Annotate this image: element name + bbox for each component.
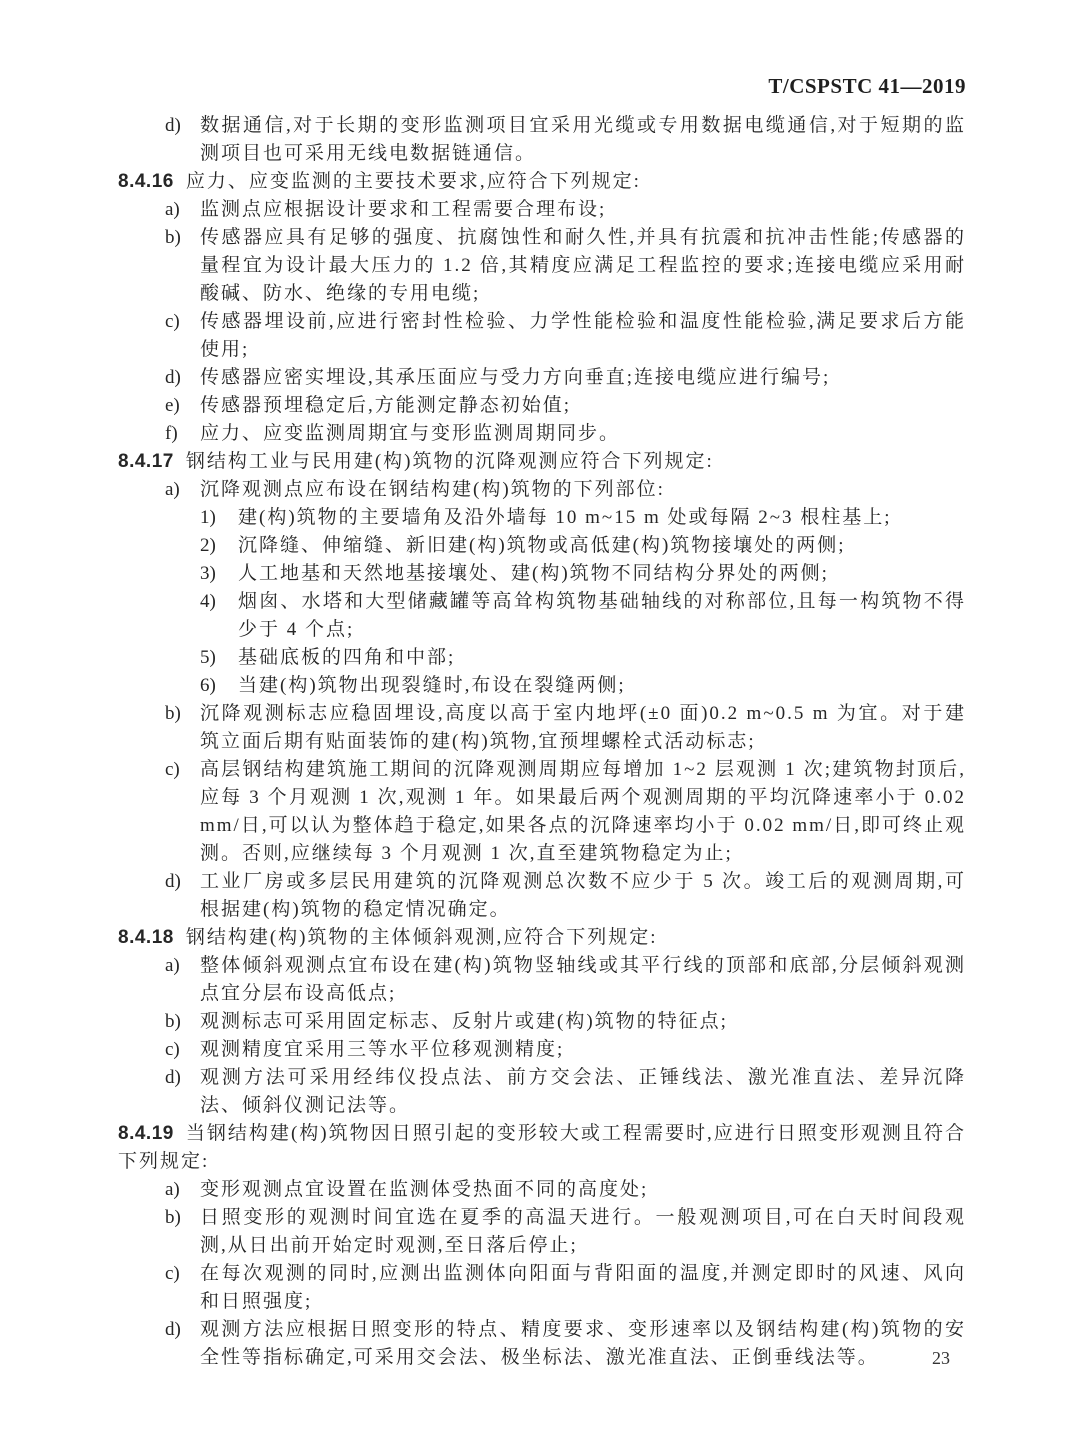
doc-header: T/CSPSTC 41—2019 — [118, 74, 966, 99]
item-text: 数据通信,对于长期的变形监测项目宜采用光缆或专用数据电缆通信,对于短期的监测项目… — [200, 112, 966, 168]
doc-footer: 23 — [118, 1348, 950, 1369]
item-label: b) — [165, 1008, 200, 1036]
numbered-sub-item: 2)沉降缝、伸缩缝、新旧建(构)筑物或高低建(构)筑物接壤处的两侧; — [118, 532, 966, 560]
clause-list-item: d)传感器应密实埋设,其承压面应与受力方向垂直;连接电缆应进行编号; — [118, 364, 966, 392]
item-label: c) — [165, 308, 200, 364]
item-text: 高层钢结构建筑施工期间的沉降观测周期应每增加 1~2 层观测 1 次;建筑物封顶… — [200, 756, 966, 868]
numbered-sub-item: 3)人工地基和天然地基接壤处、建(构)筑物不同结构分界处的两侧; — [118, 560, 966, 588]
clause-list-item: a)整体倾斜观测点宜布设在建(构)筑物竖轴线或其平行线的顶部和底部,分层倾斜观测… — [118, 952, 966, 1008]
item-text: 变形观测点宜设置在监测体受热面不同的高度处; — [200, 1176, 966, 1204]
numbered-sub-item: 6)当建(构)筑物出现裂缝时,布设在裂缝两侧; — [118, 672, 966, 700]
item-text: 钢结构建(构)筑物的主体倾斜观测,应符合下列规定: — [186, 927, 658, 948]
clause-list-item: f)应力、应变监测周期宜与变形监测周期同步。 — [118, 420, 966, 448]
item-label: 8.4.16 — [118, 171, 174, 192]
item-label: d) — [165, 868, 200, 924]
item-text: 当建(构)筑物出现裂缝时,布设在裂缝两侧; — [238, 672, 966, 700]
item-text: 整体倾斜观测点宜布设在建(构)筑物竖轴线或其平行线的顶部和底部,分层倾斜观测点宜… — [200, 952, 966, 1008]
clause-list-item: b)日照变形的观测时间宜选在夏季的高温天进行。一般观测项目,可在白天时间段观测,… — [118, 1204, 966, 1260]
item-text: 应力、应变监测的主要技术要求,应符合下列规定: — [186, 171, 641, 192]
clause-heading: 8.4.19当钢结构建(构)筑物因日照引起的变形较大或工程需要时,应进行日照变形… — [118, 1120, 966, 1176]
page-number: 23 — [932, 1348, 950, 1368]
item-label: 6) — [200, 672, 238, 700]
item-label: d) — [165, 1064, 200, 1120]
item-label: 8.4.18 — [118, 927, 174, 948]
clause-list-item: d)数据通信,对于长期的变形监测项目宜采用光缆或专用数据电缆通信,对于短期的监测… — [118, 112, 966, 168]
clause-list-item: d)工业厂房或多层民用建筑的沉降观测总次数不应少于 5 次。竣工后的观测周期,可… — [118, 868, 966, 924]
item-text: 沉降观测标志应稳固埋设,高度以高于室内地坪(±0 面)0.2 m~0.5 m 为… — [200, 700, 966, 756]
clause-list-item: d)观测方法可采用经纬仪投点法、前方交会法、正锤线法、激光准直法、差异沉降法、倾… — [118, 1064, 966, 1120]
item-text: 烟囱、水塔和大型储藏罐等高耸构筑物基础轴线的对称部位,且每一构筑物不得少于 4 … — [238, 588, 966, 644]
item-label: a) — [165, 952, 200, 1008]
item-text: 钢结构工业与民用建(构)筑物的沉降观测应符合下列规定: — [186, 451, 714, 472]
clause-list-item: c)观测精度宜采用三等水平位移观测精度; — [118, 1036, 966, 1064]
clause-heading: 8.4.18钢结构建(构)筑物的主体倾斜观测,应符合下列规定: — [118, 924, 966, 952]
item-label: 4) — [200, 588, 238, 644]
clause-list-item: b)观测标志可采用固定标志、反射片或建(构)筑物的特征点; — [118, 1008, 966, 1036]
item-text: 建(构)筑物的主要墙角及沿外墙每 10 m~15 m 处或每隔 2~3 根柱基上… — [238, 504, 966, 532]
item-text: 工业厂房或多层民用建筑的沉降观测总次数不应少于 5 次。竣工后的观测周期,可根据… — [200, 868, 966, 924]
clause-list-item: b)传感器应具有足够的强度、抗腐蚀性和耐久性,并具有抗震和抗冲击性能;传感器的量… — [118, 224, 966, 308]
clause-list-item: b)沉降观测标志应稳固埋设,高度以高于室内地坪(±0 面)0.2 m~0.5 m… — [118, 700, 966, 756]
item-text: 应力、应变监测周期宜与变形监测周期同步。 — [200, 420, 966, 448]
clause-list-item: a)沉降观测点应布设在钢结构建(构)筑物的下列部位: — [118, 476, 966, 504]
item-text: 沉降缝、伸缩缝、新旧建(构)筑物或高低建(构)筑物接壤处的两侧; — [238, 532, 966, 560]
item-text: 传感器埋设前,应进行密封性检验、力学性能检验和温度性能检验,满足要求后方能使用; — [200, 308, 966, 364]
clause-list-item: e)传感器预埋稳定后,方能测定静态初始值; — [118, 392, 966, 420]
numbered-sub-item: 1)建(构)筑物的主要墙角及沿外墙每 10 m~15 m 处或每隔 2~3 根柱… — [118, 504, 966, 532]
item-text: 观测精度宜采用三等水平位移观测精度; — [200, 1036, 966, 1064]
standard-number: T/CSPSTC 41—2019 — [768, 74, 966, 98]
item-label: c) — [165, 1036, 200, 1064]
clause-heading: 8.4.17钢结构工业与民用建(构)筑物的沉降观测应符合下列规定: — [118, 448, 966, 476]
clause-heading: 8.4.16应力、应变监测的主要技术要求,应符合下列规定: — [118, 168, 966, 196]
item-label: a) — [165, 476, 200, 504]
item-text: 传感器预埋稳定后,方能测定静态初始值; — [200, 392, 966, 420]
doc-body: d)数据通信,对于长期的变形监测项目宜采用光缆或专用数据电缆通信,对于短期的监测… — [118, 112, 966, 1372]
item-label: e) — [165, 392, 200, 420]
item-label: f) — [165, 420, 200, 448]
numbered-sub-item: 4)烟囱、水塔和大型储藏罐等高耸构筑物基础轴线的对称部位,且每一构筑物不得少于 … — [118, 588, 966, 644]
clause-list-item: a)监测点应根据设计要求和工程需要合理布设; — [118, 196, 966, 224]
item-label: c) — [165, 1260, 200, 1316]
item-text: 观测方法可采用经纬仪投点法、前方交会法、正锤线法、激光准直法、差异沉降法、倾斜仪… — [200, 1064, 966, 1120]
item-text: 沉降观测点应布设在钢结构建(构)筑物的下列部位: — [200, 476, 966, 504]
item-label: b) — [165, 700, 200, 756]
document-page: T/CSPSTC 41—2019 d)数据通信,对于长期的变形监测项目宜采用光缆… — [0, 0, 1080, 1440]
item-label: a) — [165, 196, 200, 224]
clause-list-item: c)在每次观测的同时,应测出监测体向阳面与背阳面的温度,并测定即时的风速、风向和… — [118, 1260, 966, 1316]
item-text: 传感器应密实埋设,其承压面应与受力方向垂直;连接电缆应进行编号; — [200, 364, 966, 392]
item-label: a) — [165, 1176, 200, 1204]
item-text: 观测标志可采用固定标志、反射片或建(构)筑物的特征点; — [200, 1008, 966, 1036]
item-label: d) — [165, 364, 200, 392]
clause-list-item: a)变形观测点宜设置在监测体受热面不同的高度处; — [118, 1176, 966, 1204]
clause-list-item: c)传感器埋设前,应进行密封性检验、力学性能检验和温度性能检验,满足要求后方能使… — [118, 308, 966, 364]
item-text: 日照变形的观测时间宜选在夏季的高温天进行。一般观测项目,可在白天时间段观测,从日… — [200, 1204, 966, 1260]
clause-list-item: c)高层钢结构建筑施工期间的沉降观测周期应每增加 1~2 层观测 1 次;建筑物… — [118, 756, 966, 868]
item-label: 1) — [200, 504, 238, 532]
item-label: 8.4.19 — [118, 1123, 174, 1144]
item-text: 当钢结构建(构)筑物因日照引起的变形较大或工程需要时,应进行日照变形观测且符合下… — [118, 1123, 966, 1172]
item-text: 监测点应根据设计要求和工程需要合理布设; — [200, 196, 966, 224]
item-label: 3) — [200, 560, 238, 588]
item-label: b) — [165, 224, 200, 308]
item-text: 基础底板的四角和中部; — [238, 644, 966, 672]
item-label: 2) — [200, 532, 238, 560]
item-label: 8.4.17 — [118, 451, 174, 472]
numbered-sub-item: 5)基础底板的四角和中部; — [118, 644, 966, 672]
item-text: 在每次观测的同时,应测出监测体向阳面与背阳面的温度,并测定即时的风速、风向和日照… — [200, 1260, 966, 1316]
item-text: 传感器应具有足够的强度、抗腐蚀性和耐久性,并具有抗震和抗冲击性能;传感器的量程宜… — [200, 224, 966, 308]
item-label: c) — [165, 756, 200, 868]
item-text: 人工地基和天然地基接壤处、建(构)筑物不同结构分界处的两侧; — [238, 560, 966, 588]
item-label: d) — [165, 112, 200, 168]
item-label: b) — [165, 1204, 200, 1260]
item-label: 5) — [200, 644, 238, 672]
